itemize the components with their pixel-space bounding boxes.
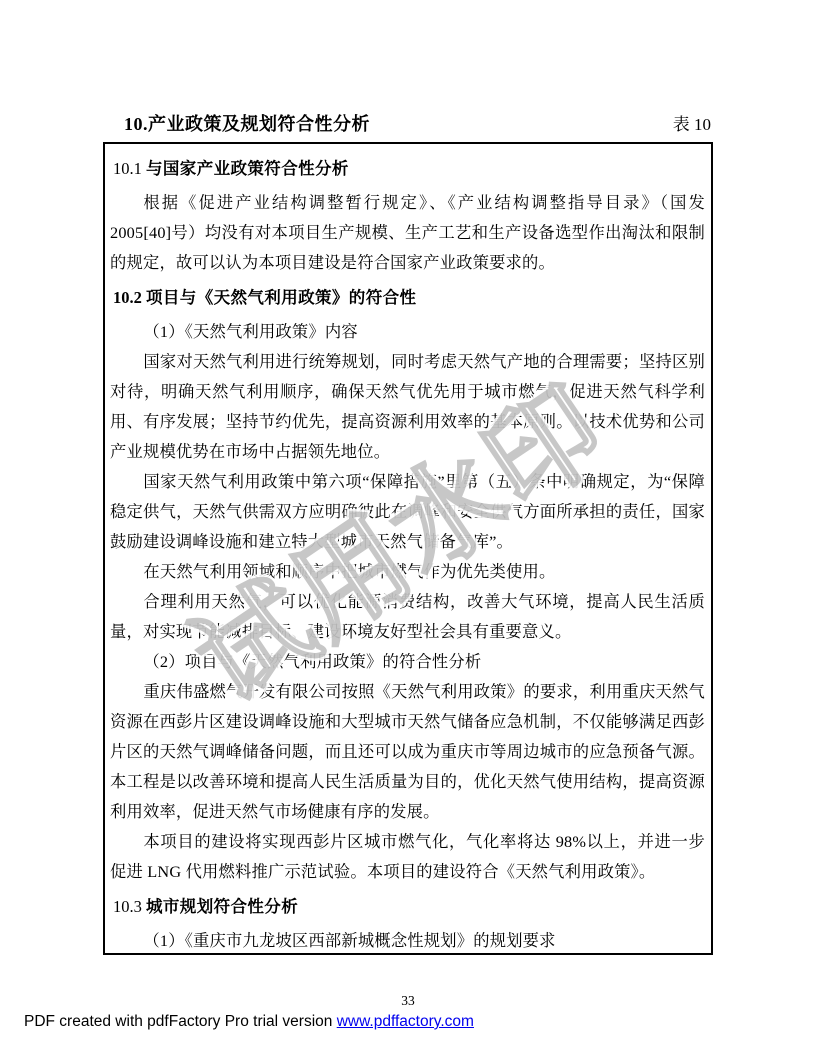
paragraph: 根据《促进产业结构调整暂行规定》、《产业结构调整指导目录》（国发 2005[40… [110, 188, 705, 278]
page-number: 33 [0, 993, 816, 1009]
table-label: 表 10 [673, 111, 711, 139]
paragraph: （2）项目与《天然气利用政策》的符合性分析 [110, 647, 705, 677]
section-number: 10.1 [113, 159, 146, 178]
section-heading: 10.2 项目与《天然气利用政策》的符合性 [113, 283, 705, 313]
paragraph: 本项目的建设将实现西彭片区城市燃气化，气化率将达 98%以上，并进一步促进 LN… [110, 827, 705, 887]
pdf-footer: PDF created with pdfFactory Pro trial ve… [24, 1013, 474, 1031]
paragraph: 合理利用天然气，可以优化能源消费结构，改善大气环境，提高人民生活质量，对实现节能… [110, 587, 705, 647]
page-title: 10.产业政策及规划符合性分析 [124, 110, 370, 138]
paragraph: 国家对天然气利用进行统筹规划，同时考虑天然气产地的合理需要；坚持区别对待，明确天… [110, 347, 705, 467]
content-box: 10.1 与国家产业政策符合性分析根据《促进产业结构调整暂行规定》、《产业结构调… [103, 142, 713, 955]
section-number: 10.3 [113, 897, 146, 916]
section-title: 城市规划符合性分析 [146, 897, 298, 916]
paragraph: 国家天然气利用政策中第六项“保障措施”里第（五）条中明确规定，为“保障稳定供气，… [110, 467, 705, 557]
section-heading: 10.1 与国家产业政策符合性分析 [113, 154, 705, 184]
header-row: 10.产业政策及规划符合性分析 表 10 [103, 110, 713, 139]
pdf-footer-text: PDF created with pdfFactory Pro trial ve… [24, 1013, 337, 1030]
section-number: 10.2 [113, 288, 146, 307]
paragraph: 重庆伟盛燃气开发有限公司按照《天然气利用政策》的要求，利用重庆天然气资源在西彭片… [110, 677, 705, 827]
section-title: 与国家产业政策符合性分析 [146, 159, 349, 178]
paragraph: （1）《天然气利用政策》内容 [110, 317, 705, 347]
document-page: 10.产业政策及规划符合性分析 表 10 10.1 与国家产业政策符合性分析根据… [0, 0, 816, 1056]
section-title: 项目与《天然气利用政策》的符合性 [146, 288, 416, 307]
section-heading: 10.3 城市规划符合性分析 [113, 892, 705, 922]
pdffactory-link[interactable]: www.pdffactory.com [337, 1013, 474, 1030]
paragraph: 在天然气利用领域和顺序中把城市燃气作为优先类使用。 [110, 557, 705, 587]
paragraph: （1）《重庆市九龙坡区西部新城概念性规划》的规划要求 [110, 926, 705, 955]
